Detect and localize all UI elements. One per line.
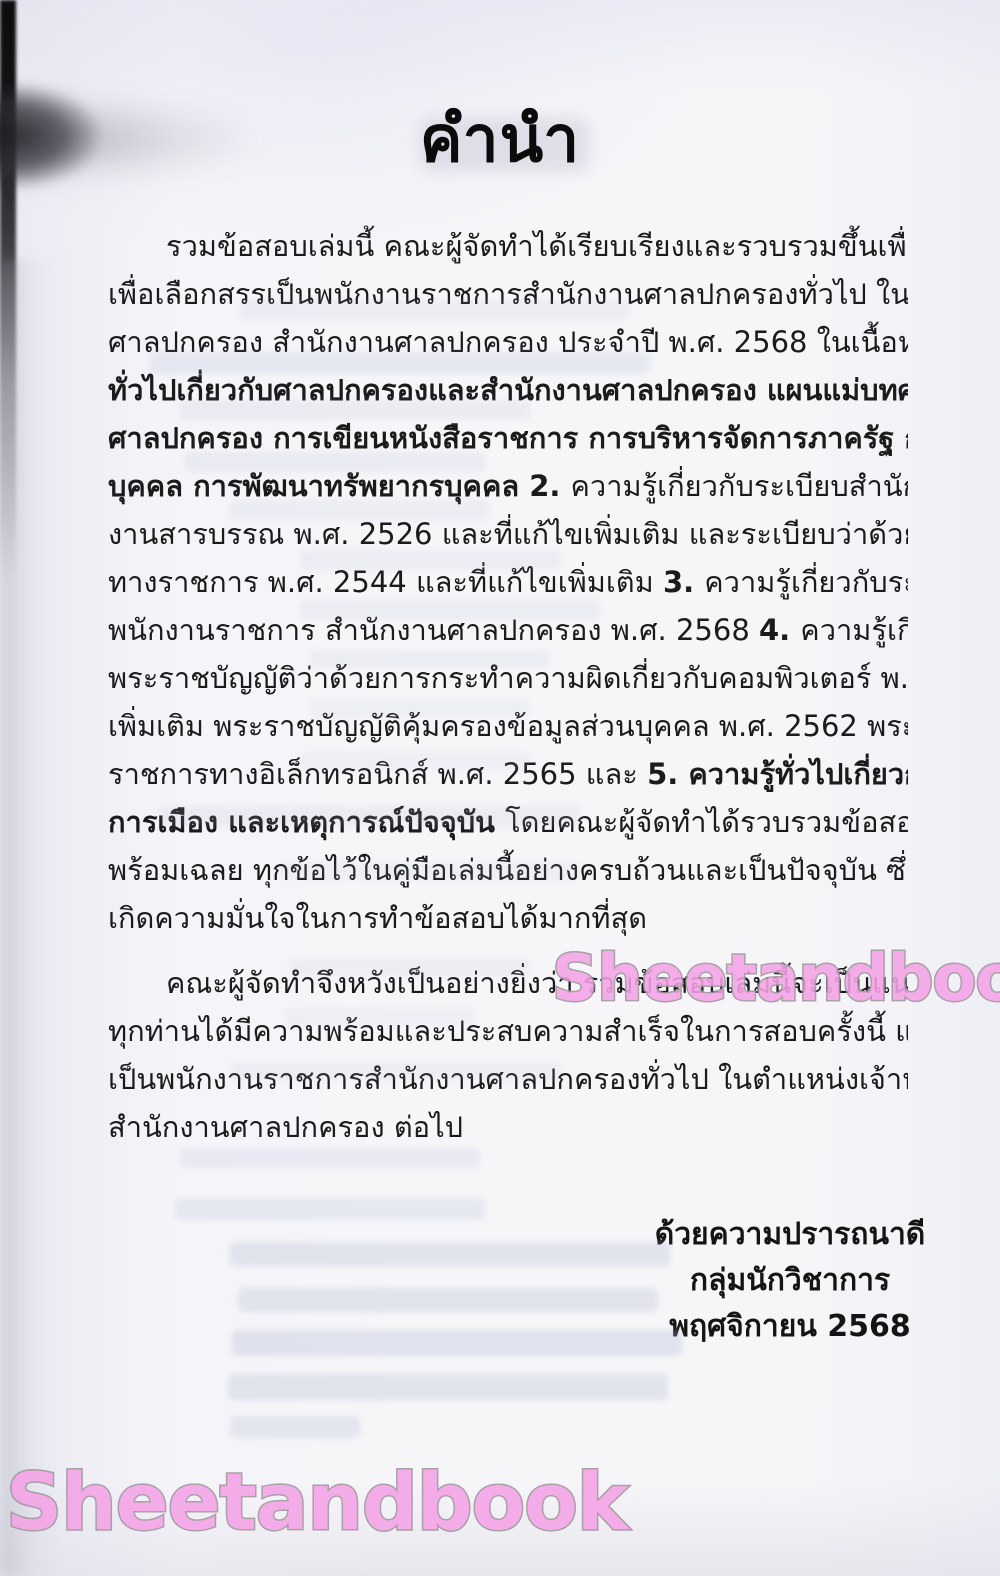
bleed-through-line (160, 806, 580, 826)
bleed-through-line (310, 650, 550, 668)
bleed-through-line (300, 752, 530, 770)
bleed-through-line (238, 1288, 658, 1312)
bleed-through-line (230, 1242, 670, 1266)
bleed-through-line (240, 300, 630, 320)
signature-closing: ด้วยความปรารถนาดี (635, 1212, 945, 1258)
body-line: รวมข้อสอบเล่มนี้ คณะผู้จัดทำได้เรียบเรีย… (108, 222, 908, 270)
bleed-through-line (185, 452, 485, 472)
paragraph: รวมข้อสอบเล่มนี้ คณะผู้จัดทำได้เรียบเรีย… (108, 222, 908, 942)
body-line: เกิดความมั่นใจในการทำข้อสอบได้มากที่สุด (108, 894, 908, 942)
bleed-through-line (228, 1374, 668, 1400)
bleed-through-line (300, 550, 560, 570)
bleed-through-line (285, 1008, 475, 1026)
watermark-right: Sheetandbook (552, 942, 1000, 1016)
bleed-through-line (180, 1148, 480, 1168)
scan-edge-soft-shadow (0, 260, 60, 1576)
body-line: สำนักงานศาลปกครอง ต่อไป (108, 1103, 908, 1151)
bleed-through-line (230, 500, 490, 520)
bleed-through-line (175, 1198, 485, 1220)
bleed-through-line (230, 1416, 360, 1438)
signature-block: ด้วยความปรารถนาดี กลุ่มนักวิชาการ พฤศจิก… (635, 1212, 945, 1350)
bleed-through-line (150, 352, 650, 374)
watermark-bottom: Sheetandbook (6, 1458, 628, 1548)
bleed-through-line (300, 600, 600, 620)
bleed-through-line (180, 400, 530, 420)
bleed-through-line (232, 1330, 682, 1356)
bleed-through-line (290, 958, 530, 976)
bleed-through-line (310, 700, 530, 718)
scanned-book-page: { "page": { "title": "คำนำ", "body": { "… (0, 0, 1000, 1576)
bleed-through-line (280, 862, 580, 880)
signature-author: กลุ่มนักวิชาการ (635, 1258, 945, 1304)
page-title: คำนำ (0, 88, 1000, 190)
bleed-through-line (230, 1062, 560, 1080)
